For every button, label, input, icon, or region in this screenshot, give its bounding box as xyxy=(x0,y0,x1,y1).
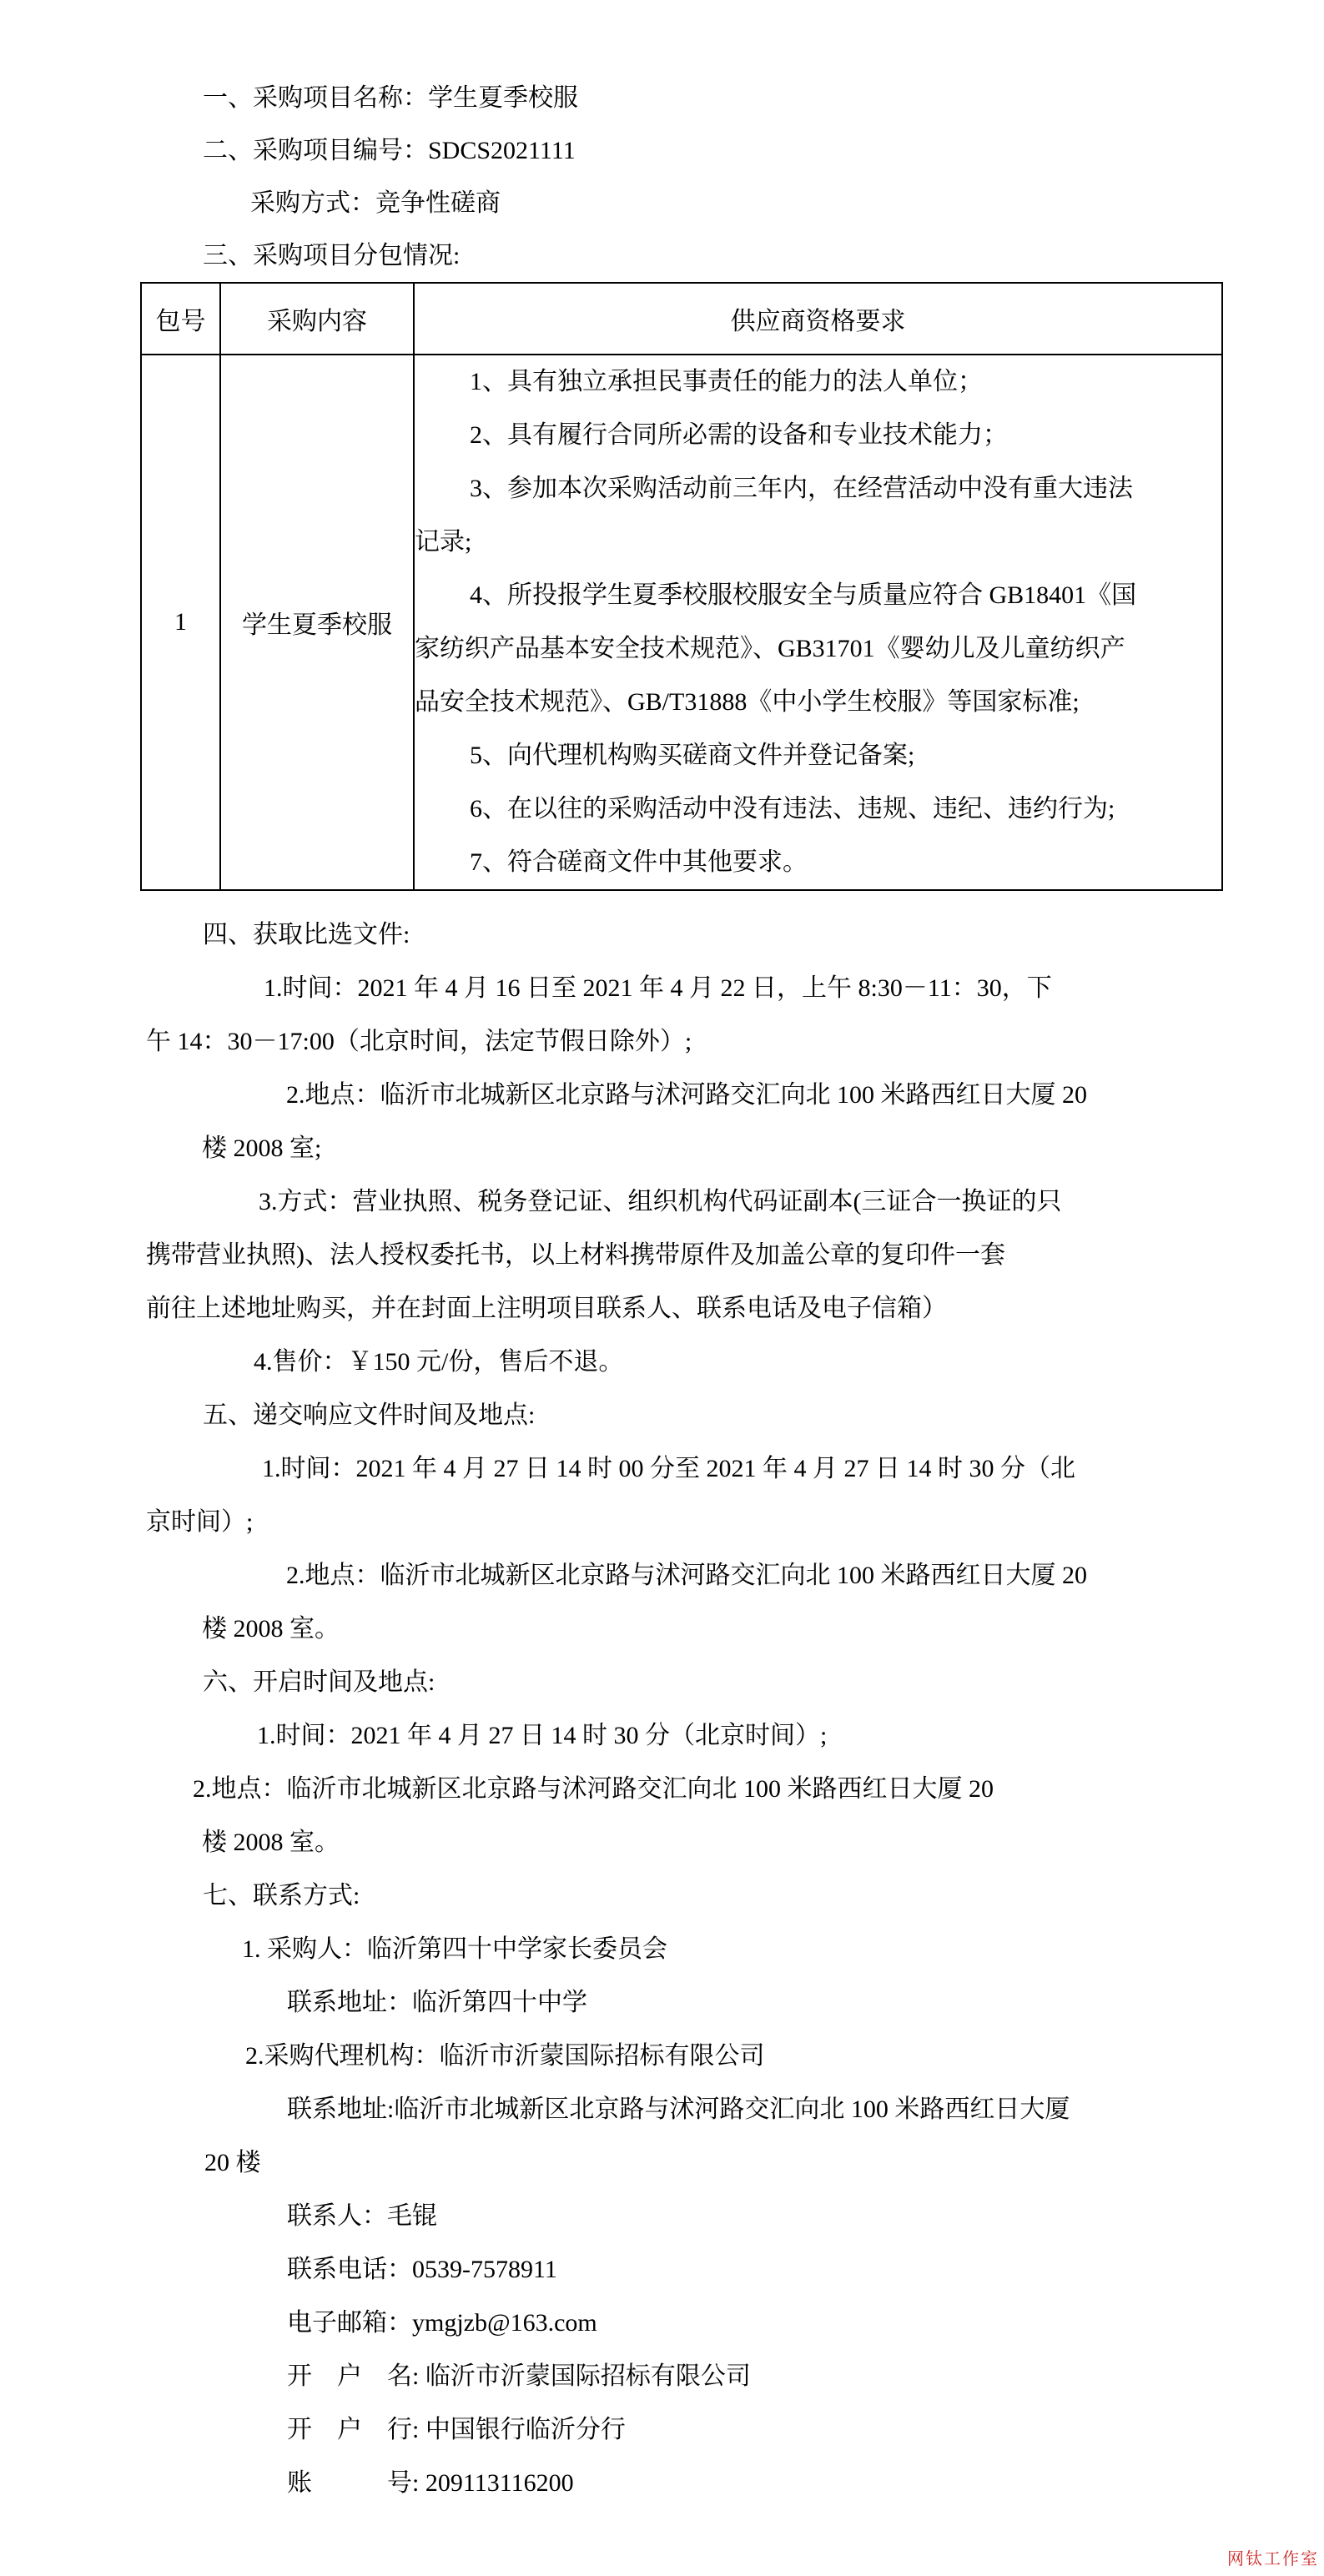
doc-line: 京时间）; xyxy=(0,1496,1324,1549)
doc-line: 3.方式：营业执照、税务登记证、组织机构代码证副本(三证合一换证的只 xyxy=(0,1175,1324,1229)
doc-line: 五、递交响应文件时间及地点: xyxy=(0,1389,1324,1442)
header-package-no: 包号 xyxy=(141,283,220,355)
doc-line: 6、在以往的采购活动中没有违法、违规、违纪、违约行为; xyxy=(415,782,1221,836)
doc-line: 楼 2008 室。 xyxy=(0,1602,1324,1656)
doc-line: 1.时间：2021 年 4 月 27 日 14 时 00 分至 2021 年 4… xyxy=(0,1442,1324,1496)
doc-line: 楼 2008 室。 xyxy=(0,1816,1324,1869)
doc-line: 2.采购代理机构：临沂市沂蒙国际招标有限公司 xyxy=(0,2030,1324,2083)
doc-line: 5、向代理机构购买磋商文件并登记备案; xyxy=(415,729,1221,782)
doc-line: 三、采购项目分包情况: xyxy=(0,229,1324,282)
doc-line: 采购方式：竞争性磋商 xyxy=(0,177,1324,229)
header-content: 采购内容 xyxy=(220,283,414,355)
table-row: 1 学生夏季校服 1、具有独立承担民事责任的能力的法人单位；2、具有履行合同所必… xyxy=(141,355,1222,890)
doc-line: 一、采购项目名称：学生夏季校服 xyxy=(0,72,1324,124)
header-supplier-requirements: 供应商资格要求 xyxy=(414,283,1222,355)
doc-line: 开 户 行: 中国银行临沂分行 xyxy=(0,2403,1324,2457)
doc-line: 1、具有独立承担民事责任的能力的法人单位； xyxy=(415,355,1221,409)
doc-line: 开 户 名: 临沂市沂蒙国际招标有限公司 xyxy=(0,2350,1324,2403)
doc-line: 六、开启时间及地点: xyxy=(0,1656,1324,1709)
doc-line: 3、参加本次采购活动前三年内，在经营活动中没有重大违法 xyxy=(415,462,1221,516)
doc-line: 携带营业执照)、法人授权委托书，以上材料携带原件及加盖公章的复印件一套 xyxy=(0,1229,1324,1282)
doc-line: 7、符合磋商文件中其他要求。 xyxy=(415,836,1221,889)
doc-line: 1. 采购人：临沂第四十中学家长委员会 xyxy=(0,1923,1324,1976)
packages-table: 包号 采购内容 供应商资格要求 1 学生夏季校服 1、具有独立承担民事责任的能力… xyxy=(140,282,1223,891)
body-section: 四、获取比选文件:1.时间：2021 年 4 月 16 日至 2021 年 4 … xyxy=(0,908,1324,2510)
doc-line: 记录; xyxy=(415,516,1221,569)
cell-package-no: 1 xyxy=(141,355,220,890)
doc-line: 家纺织产品基本安全技术规范》、GB31701《婴幼儿及儿童纺织产 xyxy=(415,622,1221,676)
doc-line: 二、采购项目编号：SDCS2021111 xyxy=(0,124,1324,177)
doc-line: 品安全技术规范》、GB/T31888《中小学生校服》等国家标准; xyxy=(415,676,1221,729)
doc-line: 联系电话：0539-7578911 xyxy=(0,2243,1324,2297)
doc-line: 2、具有履行合同所必需的设备和专业技术能力； xyxy=(415,409,1221,462)
doc-line: 20 楼 xyxy=(0,2136,1324,2190)
intro-section: 一、采购项目名称：学生夏季校服二、采购项目编号：SDCS2021111采购方式：… xyxy=(0,0,1324,282)
doc-line: 2.地点：临沂市北城新区北京路与沭河路交汇向北 100 米路西红日大厦 20 xyxy=(0,1069,1324,1122)
cell-content: 学生夏季校服 xyxy=(220,355,414,890)
doc-line: 前往上述地址购买，并在封面上注明项目联系人、联系电话及电子信箱） xyxy=(0,1282,1324,1336)
doc-line: 2.地点：临沂市北城新区北京路与沭河路交汇向北 100 米路西红日大厦 20 xyxy=(0,1549,1324,1602)
doc-line: 楼 2008 室; xyxy=(0,1122,1324,1175)
doc-line: 七、联系方式: xyxy=(0,1869,1324,1923)
doc-line: 联系地址:临沂市北城新区北京路与沭河路交汇向北 100 米路西红日大厦 xyxy=(0,2083,1324,2136)
doc-line: 联系人：毛锟 xyxy=(0,2190,1324,2243)
table-header-row: 包号 采购内容 供应商资格要求 xyxy=(141,283,1222,355)
doc-line: 午 14：30－17:00（北京时间，法定节假日除外）; xyxy=(0,1015,1324,1069)
doc-line: 4.售价：￥150 元/份，售后不退。 xyxy=(0,1336,1324,1389)
doc-line: 1.时间：2021 年 4 月 27 日 14 时 30 分（北京时间）; xyxy=(0,1709,1324,1763)
doc-line: 账 号: 209113116200 xyxy=(0,2457,1324,2510)
document-page: 一、采购项目名称：学生夏季校服二、采购项目编号：SDCS2021111采购方式：… xyxy=(0,0,1324,2576)
doc-line: 联系地址：临沂第四十中学 xyxy=(0,1976,1324,2030)
doc-line: 电子邮箱：ymgjzb@163.com xyxy=(0,2297,1324,2350)
doc-line: 1.时间：2021 年 4 月 16 日至 2021 年 4 月 22 日，上午… xyxy=(0,962,1324,1015)
doc-line: 4、所投报学生夏季校服校服安全与质量应符合 GB18401《国 xyxy=(415,569,1221,622)
doc-line: 2.地点：临沂市北城新区北京路与沭河路交汇向北 100 米路西红日大厦 20 xyxy=(0,1763,1324,1816)
cell-requirements: 1、具有独立承担民事责任的能力的法人单位；2、具有履行合同所必需的设备和专业技术… xyxy=(414,355,1222,890)
doc-line: 四、获取比选文件: xyxy=(0,908,1324,962)
watermark: 网钛工作室 xyxy=(1227,2545,1319,2569)
